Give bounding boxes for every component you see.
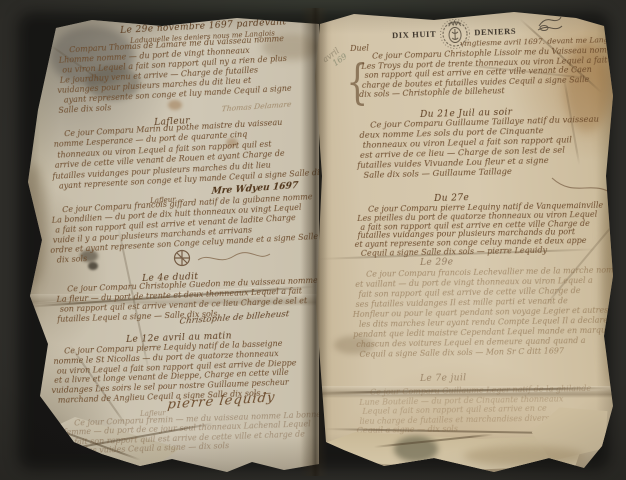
entry-paragraph: Ce jour Comparu francois Lechevallier me… — [352, 266, 610, 360]
margin-note: avril 169 — [321, 44, 349, 71]
manuscript-photo: Le 29e novembre 1697 pardevant Laduquell… — [0, 0, 626, 480]
right-page: DIX HUIT DENIERS avril — [314, 6, 614, 476]
entry-paragraph: Ce jour Comparu Guillaume Taillaye natif… — [356, 113, 607, 180]
merchant-mark-icon — [172, 248, 192, 268]
entry-paragraph: Ce jour Comparu fremin — me du vaisseau … — [60, 410, 307, 456]
entry-paragraph: Ce jour Comparu pierre Lequiny natif de … — [354, 202, 607, 259]
entry-paragraph: Ce jour Comparu Marin du pothe maistre d… — [50, 116, 311, 192]
secondary-stamp-icon — [536, 14, 564, 34]
section-heading: Le 29e — [420, 257, 454, 268]
tax-stamp-text-right: DENIERS — [474, 26, 516, 37]
manuscript-line: Cequil a signe Salle dix sols — pierre L… — [361, 246, 607, 259]
entry-paragraph: Ce jour Comparu Christophle Lissoir me d… — [358, 46, 603, 100]
flourish-icon — [196, 250, 272, 268]
tax-stamp-text-left: DIX HUIT — [392, 29, 437, 41]
section-heading: Le 7e juil — [420, 373, 467, 384]
left-page: Le 29e novembre 1697 pardevant Laduquell… — [22, 14, 320, 476]
